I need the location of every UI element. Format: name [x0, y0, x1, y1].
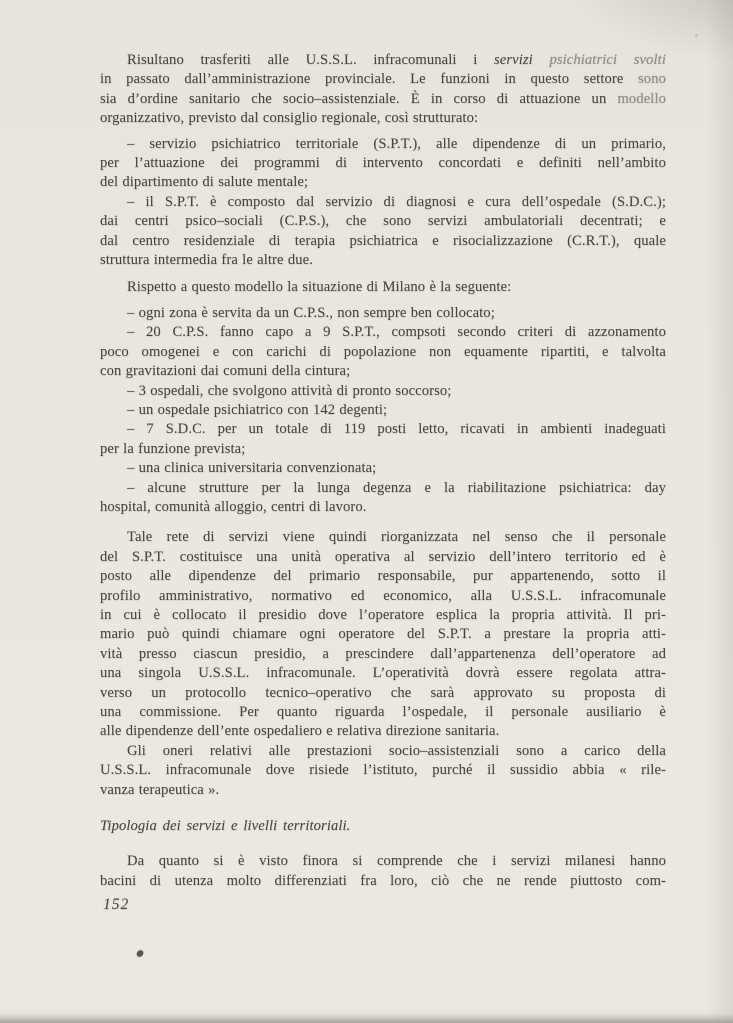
text-line: – il S.P.T. è composto dal servizio di d… [100, 193, 666, 212]
text-line: Risultano trasferiti alle U.S.S.L. infra… [100, 51, 666, 70]
text-line: per la funzione prevista; [100, 440, 666, 459]
bullet-clinica: – una clinica universitaria convenzionat… [100, 459, 666, 478]
paragraph-da-quanto: Da quanto si è visto finora si comprende… [100, 852, 666, 891]
text-line: Gli oneri relativi alle prestazioni soci… [100, 742, 666, 761]
text-line: Tipologia dei servizi e livelli territor… [100, 817, 666, 836]
bullet-spt: – servizio psichiatrico territoriale (S.… [100, 135, 666, 193]
text-line: posto alle dipendenze del primario respo… [100, 567, 666, 586]
bullet-sdc: – 7 S.D.C. per un totale di 119 posti le… [100, 420, 666, 459]
paragraph-intro: Risultano trasferiti alle U.S.S.L. infra… [100, 51, 666, 129]
text-line: – 7 S.D.C. per un totale di 119 posti le… [100, 420, 666, 439]
text-line: in cui è collocato il presidio dove l’op… [100, 606, 666, 625]
bullet-strutture: – alcune strutture per la lunga degenza … [100, 479, 666, 518]
text-line: in passato dall’amministrazione provinci… [100, 70, 666, 89]
text-line: una commissione. Per quanto riguarda l’o… [100, 703, 666, 722]
emphasized-text: psichiatrici svolti [549, 52, 666, 68]
text-line: dai centri psico–sociali (C.P.S.), che s… [100, 212, 666, 231]
bullet-zona: – ogni zona è servita da un C.P.S., non … [100, 304, 666, 323]
text-line: – un ospedale psichiatrico con 142 degen… [100, 401, 666, 420]
bullet-ospedale-psichiatrico: – un ospedale psichiatrico con 142 degen… [100, 401, 666, 420]
text-line: – una clinica universitaria convenzionat… [100, 459, 666, 478]
text-line: struttura intermedia fra le altre due. [100, 251, 666, 270]
emphasized-text: servizi [494, 52, 549, 68]
text-line: – servizio psichiatrico territoriale (S.… [100, 135, 666, 154]
scanned-page: Risultano trasferiti alle U.S.S.L. infra… [0, 0, 733, 1023]
text-line: – 20 C.P.S. fanno capo a 9 S.P.T., comps… [100, 323, 666, 342]
text-line: Rispetto a questo modello la situazione … [100, 278, 666, 297]
text-line: Da quanto si è visto finora si comprende… [100, 852, 666, 871]
paper-dot [695, 34, 698, 37]
bullet-composizione: – il S.P.T. è composto dal servizio di d… [100, 193, 666, 271]
text-line: dal centro residenziale di terapia psich… [100, 232, 666, 251]
page-number: 152 [103, 896, 129, 914]
text-line: sia d’ordine sanitario che socio–assiste… [100, 90, 666, 109]
text-line: U.S.S.L. infracomunale dove risiede l’is… [100, 761, 666, 780]
emphasized-text: sono [638, 71, 666, 87]
text-line: – alcune strutture per la lunga degenza … [100, 479, 666, 498]
text-line: vità presso ciascun presidio, a prescind… [100, 645, 666, 664]
text-line: con gravitazioni dai comuni della cintur… [100, 362, 666, 381]
paragraph-oneri: Gli oneri relativi alle prestazioni soci… [100, 742, 666, 800]
text-block: Risultano trasferiti alle U.S.S.L. infra… [100, 51, 666, 891]
text-run: Risultano trasferiti alle U.S.S.L. infra… [127, 52, 494, 68]
emphasized-text: modello [617, 91, 666, 107]
text-run: sia d’ordine sanitario che socio–assiste… [100, 91, 617, 107]
section-heading: Tipologia dei servizi e livelli territor… [100, 817, 666, 836]
text-line: bacini di utenza molto differenziati fra… [100, 872, 666, 891]
text-line: vanza terapeutica ». [100, 781, 666, 800]
text-line: mario può quindi chiamare ogni operatore… [100, 625, 666, 644]
text-line: alle dipendenze dell’ente ospedaliero e … [100, 722, 666, 741]
text-line: Tale rete di servizi viene quindi riorga… [100, 528, 666, 547]
text-line: profilo amministrativo, normativo ed eco… [100, 587, 666, 606]
paragraph-tale-rete: Tale rete di servizi viene quindi riorga… [100, 528, 666, 741]
text-run: in passato dall’amministrazione provinci… [100, 71, 638, 87]
text-line: del S.P.T. costituisce una unità operati… [100, 548, 666, 567]
bullet-ospedali: – 3 ospedali, che svolgono attività di p… [100, 382, 666, 401]
bullet-cps: – 20 C.P.S. fanno capo a 9 S.P.T., comps… [100, 323, 666, 381]
paragraph-rispetto: Rispetto a questo modello la situazione … [100, 278, 666, 297]
text-line: hospital, comunità alloggio, centri di l… [100, 498, 666, 517]
text-line: per l’attuazione dei programmi di interv… [100, 154, 666, 173]
text-line: – ogni zona è servita da un C.P.S., non … [100, 304, 666, 323]
text-line: del dipartimento di salute mentale; [100, 173, 666, 192]
text-line: una singola U.S.S.L. infracomunale. L’op… [100, 664, 666, 683]
text-line: poco omogenei e con carichi di popolazio… [100, 343, 666, 362]
text-line: organizzativo, previsto dal consiglio re… [100, 109, 666, 128]
text-line: verso un protocollo tecnico–operativo ch… [100, 684, 666, 703]
ink-speck [136, 949, 145, 958]
text-line: – 3 ospedali, che svolgono attività di p… [100, 382, 666, 401]
